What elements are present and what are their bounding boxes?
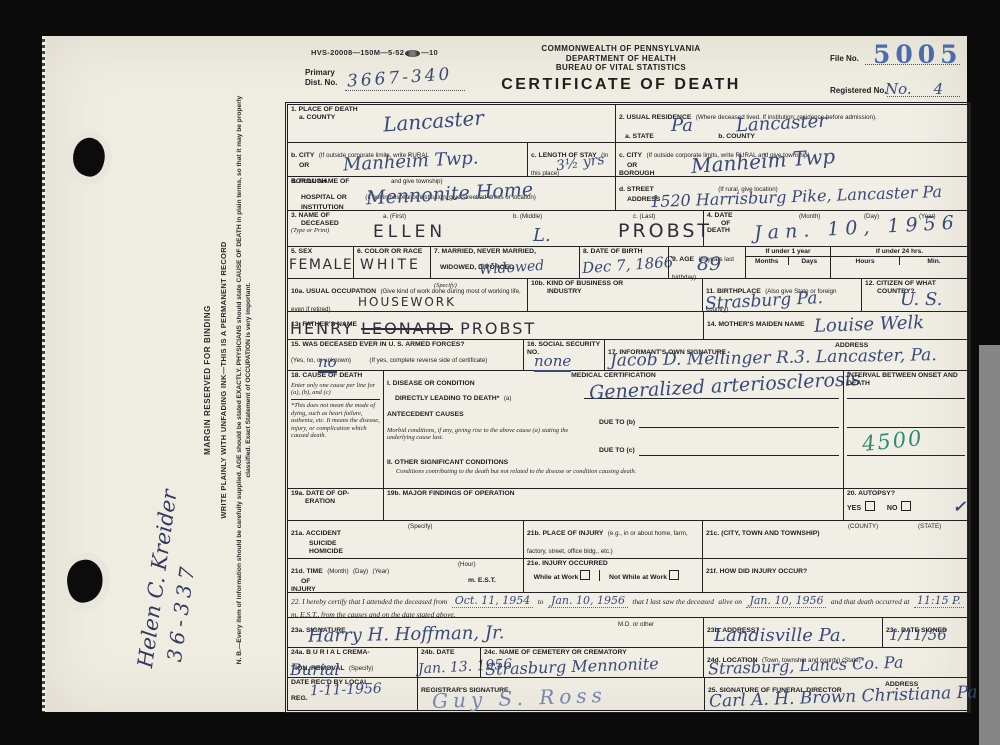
cert-text-3: alive on [718, 597, 742, 606]
armed-forces-value: no [318, 353, 337, 373]
name-first-label: a. (First) [383, 213, 406, 221]
date-received-cell: DATE REC'D BY LOCAL REG. 1-11-1956 [288, 678, 417, 710]
dist-no-value: 3667-340 [346, 64, 453, 91]
age-label: 9. AGE [672, 256, 694, 263]
accident-label3: HOMICIDE [309, 548, 520, 556]
operation-date-label1: 19a. DATE OF OP- [291, 490, 380, 498]
interval-label: INTERVAL BETWEEN ONSET AND DEATH [847, 372, 965, 387]
not-while-at-work: Not While at Work [599, 570, 690, 582]
name-of-deceased-cell: 3. NAME OF DECEASED (Type or Print) a. (… [288, 211, 703, 246]
due-b-label: DUE TO (b) [599, 419, 635, 427]
street-value: 1520 Harrisburg Pike, Lancaster Pa [650, 182, 943, 211]
dob-cell: 8. DATE OF BIRTH Dec 7, 1866 [579, 247, 668, 278]
other-significant-label: II. OTHER SIGNIFICANT CONDITIONS [387, 459, 508, 467]
ssn-label1: 16. SOCIAL SECURITY [527, 341, 601, 349]
cause-notes-cell: 18. CAUSE OF DEATH Enter only one cause … [288, 371, 383, 488]
cemetery-cell: 24c. NAME OF CEMETERY OR CREMATORY Stras… [480, 648, 703, 677]
funeral-director-cell: 25. SIGNATURE OF FUNERAL DIRECTOR ADDRES… [704, 678, 968, 710]
while-at-work: While at Work [527, 570, 599, 582]
under24-label: If under 24 hrs. [831, 247, 968, 257]
place-of-injury-label: 21b. PLACE OF INJURY [527, 530, 603, 537]
residence-city-cell: c. CITY (If outside corporate limits, wr… [615, 143, 968, 176]
injury-county-label: (COUNTY) [848, 523, 878, 531]
informant-cell: 17. INFORMANT'S OWN SIGNATURE ADDRESS Ja… [604, 340, 968, 370]
race-label: 6. COLOR OR RACE [357, 248, 427, 256]
row-forces-ssn-informant: 15. WAS DECEASED EVER IN U. S. ARMED FOR… [288, 339, 968, 370]
row-occupation-birthplace: 10a. USUAL OCCUPATION (Give kind of work… [288, 278, 968, 311]
occupation-value: HOUSEWORK [358, 295, 456, 309]
antecedent-label: ANTECEDENT CAUSES [387, 411, 840, 419]
row-time-of-injury: 21d. TIME (Month) (Day) (Year) (Hour) OF… [288, 558, 968, 592]
form-code: HVS-20008—150M—5-52—10 [311, 48, 438, 57]
under1-label: If under 1 year [746, 247, 830, 257]
due-b-line [639, 427, 839, 428]
usual-residence-cell: 2. USUAL RESIDENCE (Where deceased lived… [615, 105, 968, 142]
autopsy-label: 20. AUTOPSY? [847, 490, 965, 498]
injury-state-label: (STATE) [918, 523, 941, 531]
physician-signature-cell: 23a. SIGNATURE M.D. or other Harry H. Ho… [288, 618, 703, 647]
row-cause-of-death: 18. CAUSE OF DEATH Enter only one cause … [288, 370, 968, 488]
industry-cell: 10b. KIND OF BUSINESS OR INDUSTRY [527, 279, 702, 311]
residence-city-label: c. CITY [619, 152, 642, 159]
sex-cell: 5. SEX FEMALE [288, 247, 353, 278]
registrar-signature-value: Guy S. Ross [432, 683, 608, 713]
accident-label1: 21a. ACCIDENT [291, 530, 341, 537]
row-name-dod: 3. NAME OF DECEASED (Type or Print) a. (… [288, 210, 968, 246]
funeral-director-address-value: Christiana Pa. [861, 682, 983, 706]
form-grid: 1. PLACE OF DEATH a. COUNTY Lancaster 2.… [285, 102, 971, 713]
accident-cell: 21a. ACCIDENT (Specify) SUICIDE HOMICIDE [288, 521, 523, 558]
date-received-label2: REG. [291, 695, 308, 702]
certificate-title: CERTIFICATE OF DEATH [453, 76, 789, 94]
mother-label: 14. MOTHER'S MAIDEN NAME [707, 321, 805, 328]
registered-no-num: 4 [934, 80, 944, 98]
informant-value: Jacob D. Mellinger R.3. Lancaster, Pa. [610, 345, 937, 371]
dist-no-label: Dist. No. [305, 78, 337, 88]
cert-value-alive: Jan. 10, 1956 [746, 594, 826, 608]
occupation-cell: 10a. USUAL OCCUPATION (Give kind of work… [288, 279, 527, 311]
father-first: HENRY [290, 319, 354, 338]
funeral-director-name: Carl A. H. Brown [709, 687, 857, 712]
registered-no-label: Registered No. [830, 86, 886, 95]
autopsy-yes-checkbox [865, 501, 875, 511]
marital-cell: 7. MARRIED, NEVER MARRIED, WIDOWED, DIVO… [430, 247, 579, 278]
row-burial: 24a. B U R I A L CREMA- TION, REMOVAL (S… [288, 647, 968, 677]
agency-line1: COMMONWEALTH OF PENNSYLVANIA [453, 44, 789, 54]
days-label: Days [788, 257, 831, 265]
race-cell: 6. COLOR OR RACE WHITE [353, 247, 430, 278]
accident-label2: SUICIDE [309, 540, 520, 548]
father-value: HENRY LEONARD PROBST [290, 319, 536, 338]
burial-date-cell: 24b. DATE Jan. 13. 1956 [417, 648, 480, 677]
burial-date-label: 24b. DATE [421, 649, 477, 657]
citizen-value: U. S. [900, 289, 942, 310]
injury-time-label1: 21d. TIME [291, 568, 323, 575]
burial-label1: 24a. B U R I A L CREMA- [291, 649, 414, 657]
date-received-value: 1-11-1956 [310, 681, 382, 699]
father-name-cell: 13. FATHER'S NAME HENRY LEONARD PROBST [288, 312, 703, 339]
how-injury-label: 21f. HOW DID INJURY OCCUR? [706, 568, 807, 575]
length-of-stay-cell: c. LENGTH OF STAY (In this place) 3½ yrs [527, 143, 615, 176]
row-city: b. CITY (If outside corporate limits, wr… [288, 142, 968, 176]
citizen-label1: 12. CITIZEN OF WHAT [865, 280, 965, 288]
residence-state-value: Pa [671, 115, 693, 136]
cert-value-from: Oct. 11, 1954 [452, 594, 534, 608]
place-of-death-cell: 1. PLACE OF DEATH a. COUNTY Lancaster [288, 105, 615, 142]
autopsy-no-label: NO [887, 505, 898, 512]
under-1-year-cell: If under 1 year Months Days [745, 247, 830, 278]
registered-no-value: No.4 [885, 80, 943, 98]
cause-note2: *This does not mean the mode of dying, s… [291, 402, 380, 439]
date-of-death-cell: 4. DATE OF DEATH (Month) (Day) (Year) Ja… [703, 211, 968, 246]
while-at-work-checkbox [580, 570, 590, 580]
injury-location-cell: 21c. (CITY, TOWN AND TOWNSHIP) (COUNTY) … [702, 521, 968, 558]
name-middle-value: L. [533, 225, 551, 246]
burial-type-cell: 24a. B U R I A L CREMA- TION, REMOVAL (S… [288, 648, 417, 677]
father-last: PROBST [460, 319, 536, 338]
row-accident: 21a. ACCIDENT (Specify) SUICIDE HOMICIDE… [288, 520, 968, 558]
autopsy-cell: 20. AUTOPSY? YES NO ✓ [843, 489, 968, 520]
registered-no-word: No. [885, 80, 912, 98]
street-label: d. STREET [619, 186, 654, 193]
medical-certification-cell: MEDICAL CERTIFICATION I. DISEASE OR COND… [383, 371, 843, 488]
form-code-text: HVS-20008—150M—5-52 [311, 48, 404, 57]
injury-occurred-label: 21e. INJURY OCCURRED [527, 560, 699, 568]
min-label: Min. [899, 257, 968, 265]
row-physician-signature: 23a. SIGNATURE M.D. or other Harry H. Ho… [288, 617, 968, 647]
row-certification: 22. I hereby certify that I attended the… [288, 592, 968, 617]
injury-month-label: (Month) [327, 568, 348, 575]
burial-paren: (Specify) [349, 665, 373, 672]
margin-nb-line: N. B.—Every item of information should b… [235, 74, 253, 686]
name-first-value: ELLEN [373, 222, 446, 242]
age-cell: 9. AGE (In years last birthday) 89 [668, 247, 745, 278]
interval-code-value: 4500 [861, 426, 925, 456]
cert-value-time: 11:15 P. [914, 594, 964, 608]
physician-address-cell: 23b. ADDRESS Landisville Pa. [703, 618, 882, 647]
date-signed-value: 1/11/56 [889, 626, 947, 644]
date-signed-cell: 23c. DATE SIGNED 1/11/56 [882, 618, 968, 647]
father-middle-struck: LEONARD [361, 319, 453, 338]
scanner-edge-strip [979, 345, 1000, 745]
cemetery-value: Strasburg Mennonite [485, 654, 659, 679]
name-last-value: PROBST [618, 220, 712, 242]
injury-year-label: (Year) [373, 568, 390, 575]
agency-header: COMMONWEALTH OF PENNSYLVANIA DEPARTMENT … [453, 44, 789, 94]
operation-findings-cell: 19b. MAJOR FINDINGS OF OPERATION [383, 489, 843, 520]
mother-value: Louise Welk [814, 312, 925, 337]
race-value: WHITE [360, 257, 421, 273]
age-value: 89 [697, 253, 721, 275]
operation-findings-label: 19b. MAJOR FINDINGS OF OPERATION [387, 490, 840, 498]
hours-label: Hours [831, 257, 899, 265]
autopsy-no-checkbox [901, 501, 911, 511]
burial-type-value: Burial [290, 660, 339, 679]
cemetery-location-cell: 24d. LOCATION (Town, township and county… [703, 648, 968, 677]
due-c-line [639, 455, 839, 456]
citizen-cell: 12. CITIZEN OF WHAT COUNTRY? U. S. [861, 279, 968, 311]
row-place-residence: 1. PLACE OF DEATH a. COUNTY Lancaster 2.… [288, 105, 968, 142]
certificate-paper: MARGIN RESERVED FOR BINDING WRITE PLAINL… [45, 36, 967, 712]
file-no-stamp: 5005 [873, 40, 963, 69]
union-bug-icon [405, 50, 420, 57]
occupation-label: 10a. USUAL OCCUPATION [291, 288, 376, 295]
injury-occurred-cell: 21e. INJURY OCCURRED While at Work Not W… [523, 559, 702, 592]
time-of-injury-cell: 21d. TIME (Month) (Day) (Year) (Hour) OF… [288, 559, 523, 592]
punch-hole-top [68, 134, 110, 180]
street-address-cell: d. STREET (If rural, give location) ADDR… [615, 177, 968, 210]
other-significant-sub: Conditions contributing to the death but… [396, 468, 656, 475]
cause-of-death-label: 18. CAUSE OF DEATH [291, 372, 380, 380]
cert-text-5: m. E.S.T., from the causes and on the da… [291, 610, 456, 617]
injury-hour-label: (Hour) [458, 561, 476, 569]
marital-value: Widowed [479, 258, 545, 279]
residence-state-label: a. STATE [625, 133, 654, 140]
marital-label1: 7. MARRIED, NEVER MARRIED, [434, 248, 576, 256]
sex-label: 5. SEX [291, 248, 350, 256]
morbid-note: Morbid conditions, if any, giving rise t… [387, 427, 582, 442]
interval-line-a [847, 398, 965, 399]
injury-day-label: (Day) [353, 568, 368, 575]
industry-label1: 10b. KIND OF BUSINESS OR [531, 280, 699, 288]
ssn-value: none [534, 352, 571, 372]
operation-date-label2: ERATION [305, 498, 380, 506]
cert-text-1: 22. I hereby certify that I attended the… [291, 597, 447, 606]
armed-forces-paren2: (If yes, complete reverse side of certif… [369, 357, 487, 364]
disease-a-label: (a) [504, 395, 512, 402]
birthplace-cell: 11. BIRTHPLACE (Also give State or forei… [702, 279, 861, 311]
dob-value: Dec 7, 1866 [581, 253, 673, 277]
physician-signature-value: Harry H. Hoffman, Jr. [308, 622, 505, 646]
mother-name-cell: 14. MOTHER'S MAIDEN NAME Louise Welk [703, 312, 968, 339]
row-institution-street: d. FULL NAME OF HOSPITAL OR (If not in h… [288, 176, 968, 210]
operation-date-cell: 19a. DATE OF OP- ERATION [288, 489, 383, 520]
punch-hole-bottom [63, 557, 107, 606]
form-code-suffix: —10 [421, 48, 438, 57]
sex-value: FEMALE [289, 257, 353, 273]
scanned-death-certificate: { "margin": { "binding": "MARGIN RESERVE… [0, 0, 1000, 745]
months-label: Months [746, 257, 788, 265]
disease-label2: DIRECTLY LEADING TO DEATH* [395, 395, 499, 402]
not-while-at-work-checkbox [669, 570, 679, 580]
institution-label2: HOSPITAL OR [301, 194, 347, 201]
row-sex-race-age: 5. SEX FEMALE 6. COLOR OR RACE WHITE 7. … [288, 246, 968, 278]
injury-mest-label: m. E.S.T. [468, 577, 496, 585]
row-operation-autopsy: 19a. DATE OF OP- ERATION 19b. MAJOR FIND… [288, 488, 968, 520]
industry-label2: INDUSTRY [547, 288, 699, 296]
cert-value-to: Jan. 10, 1956 [548, 594, 628, 608]
place-city-label: b. CITY [291, 152, 314, 159]
primary-dist-label: Primary Dist. No. [305, 68, 337, 88]
place-city-cell: b. CITY (If outside corporate limits, wr… [288, 143, 527, 176]
cause-note1: Enter only one cause per line for (a), (… [291, 382, 380, 397]
agency-line3: BUREAU OF VITAL STATISTICS [453, 63, 789, 73]
row-parents: 13. FATHER'S NAME HENRY LEONARD PROBST 1… [288, 311, 968, 339]
primary-label: Primary [305, 68, 337, 78]
place-of-injury-cell: 21b. PLACE OF INJURY (e.g., in or about … [523, 521, 702, 558]
certification-cell: 22. I hereby certify that I attended the… [288, 593, 968, 617]
row-registrar: DATE REC'D BY LOCAL REG. 1-11-1956 REGIS… [288, 677, 968, 710]
accident-paren: (Specify) [408, 523, 432, 531]
how-injury-cell: 21f. HOW DID INJURY OCCUR? [702, 559, 968, 592]
armed-forces-cell: 15. WAS DECEASED EVER IN U. S. ARMED FOR… [288, 340, 523, 370]
under-24-hrs-cell: If under 24 hrs. Hours Min. [830, 247, 968, 278]
injury-city-label: 21c. (CITY, TOWN AND TOWNSHIP) [706, 530, 820, 537]
autopsy-no-checkmark: ✓ [953, 497, 966, 516]
agency-line2: DEPARTMENT OF HEALTH [453, 54, 789, 64]
registrar-signature-cell: REGISTRAR'S SIGNATURE Guy S. Ross [417, 678, 704, 710]
cert-text-2: that I last saw the deceased [632, 597, 714, 606]
ssn-cell: 16. SOCIAL SECURITY NO. none [523, 340, 604, 370]
interval-cell: INTERVAL BETWEEN ONSET AND DEATH 4500 [843, 371, 968, 488]
autopsy-yes-label: YES [847, 505, 861, 512]
file-no-label: File No. [830, 54, 859, 63]
cert-text-4: and that death occurred at [831, 597, 910, 606]
physician-address-value: Landisville Pa. [714, 625, 846, 646]
due-c-label: DUE TO (c) [599, 447, 635, 455]
md-or-other-label: M.D. or other [618, 621, 654, 629]
name-middle-label: b. (Middle) [513, 213, 542, 221]
cert-text-to: to [538, 597, 544, 606]
institution-cell: d. FULL NAME OF HOSPITAL OR (If not in h… [288, 177, 615, 210]
armed-forces-label: 15. WAS DECEASED EVER IN U. S. ARMED FOR… [291, 341, 520, 349]
